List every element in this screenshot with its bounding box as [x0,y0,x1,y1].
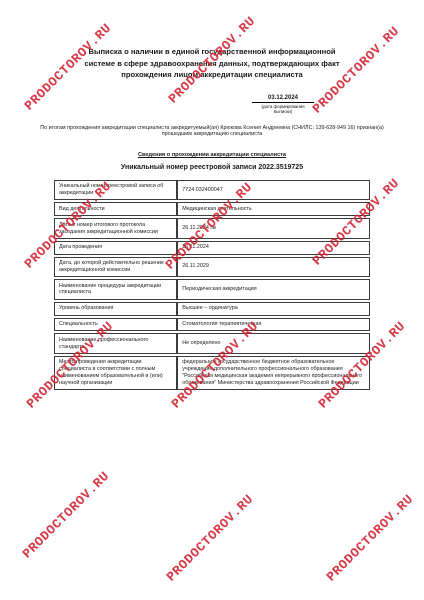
table-row: Место проведения аккредитации специалист… [54,356,370,390]
row-value: 7724 032400047 [177,180,370,201]
extract-date-caption: (дата формирования выписки) [252,104,314,114]
extract-date: 03.12.2024 [252,95,314,103]
table-row: Дата проведения 26.11.2024 [54,241,370,255]
row-value: Медицинская деятельность [177,202,370,216]
intro-paragraph: По итогам прохождения аккредитации специ… [37,125,387,138]
table-row: Наименование процедуры аккредитации спец… [54,279,370,300]
record-number-heading: Уникальный номер реестровой записи 2022.… [0,164,424,171]
row-label: Дата и номер итогового протокола заседан… [54,218,177,239]
accreditation-table-body: Уникальный номер реестровой записи об ак… [54,180,370,390]
row-value: федеральное государственное бюджетное об… [177,356,370,390]
document-page: Выписка о наличии в единой государственн… [0,0,424,600]
row-label: Вид деятельности [54,202,177,216]
row-label: Наименование процедуры аккредитации спец… [54,279,177,300]
row-label: Специальность [54,318,177,332]
document-title-line: Выписка о наличии в единой государственн… [0,46,424,58]
accreditation-table: Уникальный номер реестровой записи об ак… [54,178,370,392]
row-value: Высшее – ординатура [177,302,370,316]
document-title-line: системе в сфере здравоохранения данных, … [0,58,424,70]
table-row: Специальность Стоматология терапевтическ… [54,318,370,332]
document-title: Выписка о наличии в единой государственн… [0,46,424,81]
watermark-text: PRODOCTOROV.RU [20,469,113,562]
row-label: Уникальный номер реестровой записи об ак… [54,180,177,201]
row-label: Уровень образования [54,302,177,316]
extract-date-block: 03.12.2024 (дата формирования выписки) [252,95,314,115]
row-label: Дата, до которой действительно решение а… [54,257,177,278]
row-value: 26.11.2029 [177,257,370,278]
table-row: Уровень образования Высшее – ординатура [54,302,370,316]
row-value: 26.11.2024 № [177,218,370,239]
row-value: 26.11.2024 [177,241,370,255]
document-title-line: прохождения лицом аккредитации специалис… [0,69,424,81]
section-heading: Сведения о прохождении аккредитации спец… [0,152,424,158]
row-value: Не определено [177,333,370,354]
table-row: Дата, до которой действительно решение а… [54,257,370,278]
row-value: Периодическая аккредитация [177,279,370,300]
watermark-text: PRODOCTOROV.RU [164,492,257,585]
row-value: Стоматология терапевтическая [177,318,370,332]
table-row: Уникальный номер реестровой записи об ак… [54,180,370,201]
row-label: Наименование профессионального стандарта [54,333,177,354]
watermark-text: PRODOCTOROV.RU [324,492,417,585]
table-row: Дата и номер итогового протокола заседан… [54,218,370,239]
row-label: Дата проведения [54,241,177,255]
row-label: Место проведения аккредитации специалист… [54,356,177,390]
table-row: Наименование профессионального стандарта… [54,333,370,354]
document-content: Выписка о наличии в единой государственн… [0,0,424,392]
table-row: Вид деятельности Медицинская деятельност… [54,202,370,216]
